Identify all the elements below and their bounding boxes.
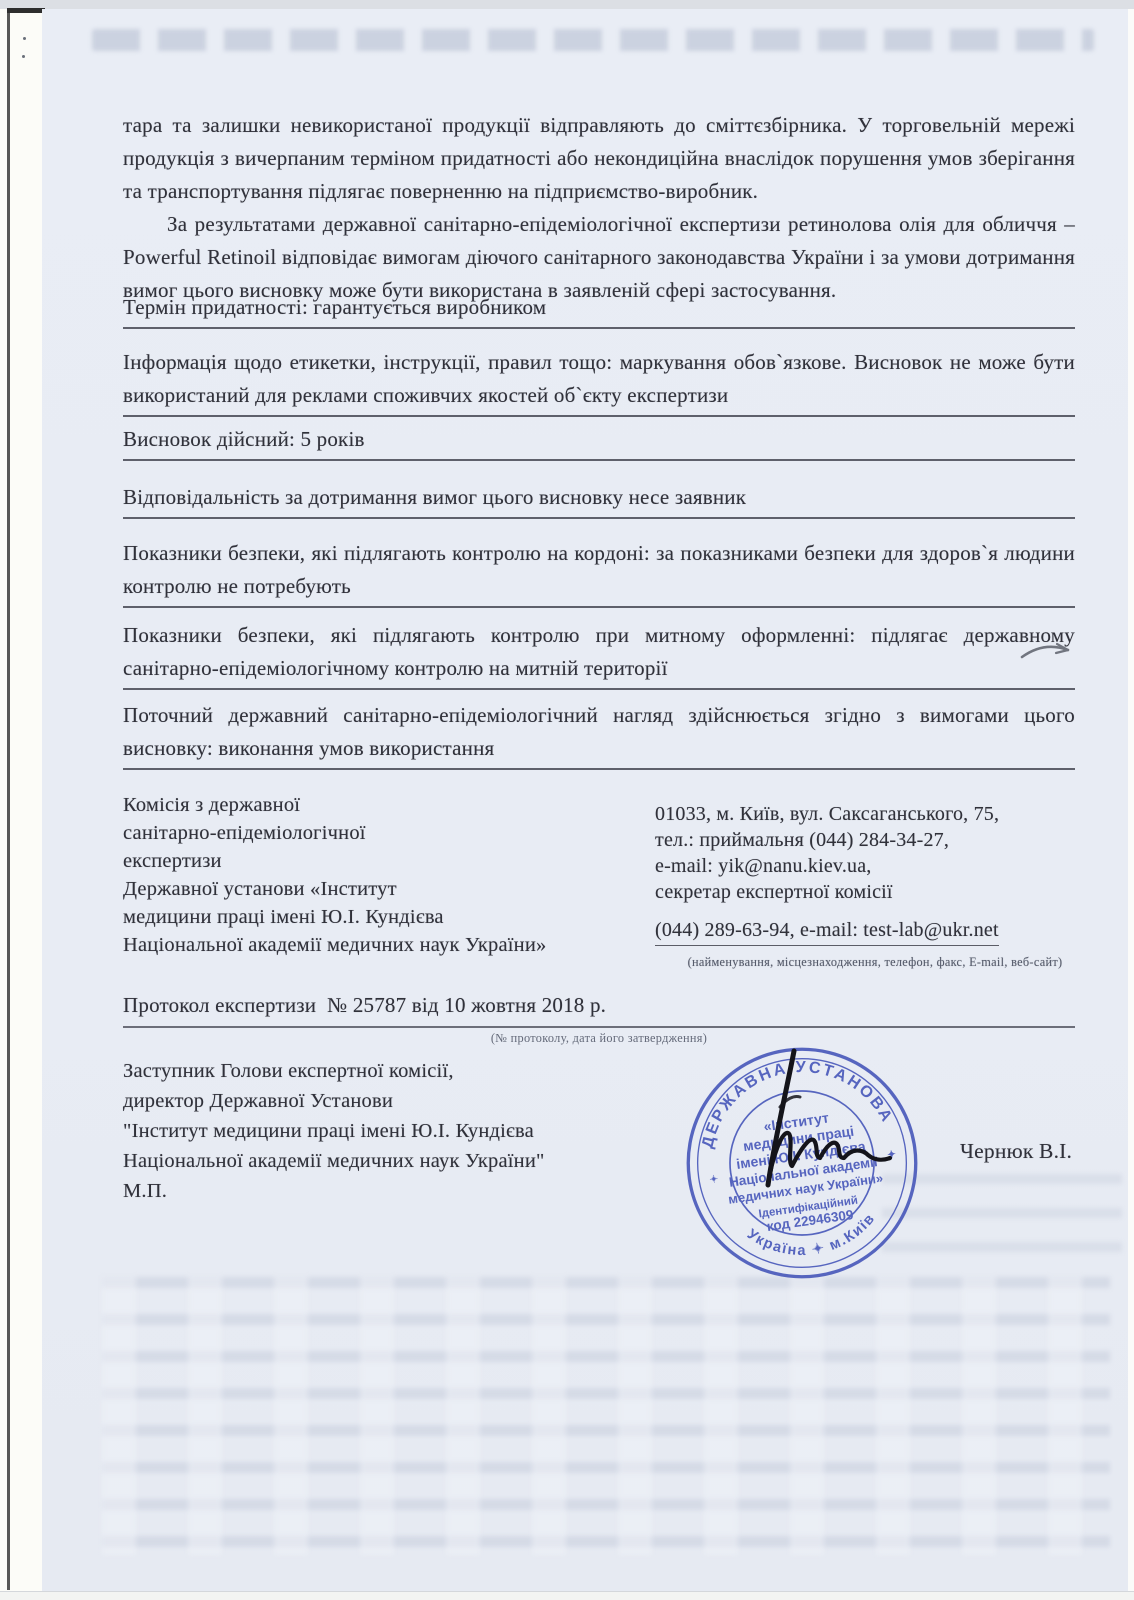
commission-line: санітарно-епідеміологічної (123, 819, 653, 847)
document-page: тара та залишки невикористаної продукції… (42, 9, 1128, 1591)
approver-name: Чернюк В.І. (960, 1139, 1072, 1164)
commission-phone: тел.: приймальня (044) 284-34-27, (655, 827, 1075, 853)
commission-line: медицини праці імені Ю.І. Кундієва (123, 903, 653, 931)
field-responsibility: Відповідальність за дотримання вимог цьо… (123, 481, 1075, 519)
signatory-line: директор Державної Установи (123, 1086, 663, 1116)
commission-email: e-mail: yik@nanu.kiev.ua, (655, 853, 1075, 879)
protocol-line: Протокол експертизи № 25787 від 10 жовтн… (123, 989, 1075, 1028)
paragraph-disposal: тара та залишки невикористаної продукції… (123, 109, 1075, 208)
signatory-line: Національної академії медичних наук Укра… (123, 1146, 663, 1176)
stamp-side-mark-left: ✦ (709, 1174, 719, 1186)
corner-mark (7, 8, 45, 13)
signatory-line: "Інститут медицини праці імені Ю.І. Кунд… (123, 1116, 663, 1146)
commission-line: Комісія з державної (123, 791, 653, 819)
body-paragraphs: тара та залишки невикористаної продукції… (123, 109, 1075, 307)
contact-caption: (найменування, місцезнаходження, телефон… (655, 949, 1095, 975)
field-border-control: Показники безпеки, які підлягають контро… (123, 537, 1075, 608)
field-labeling-info: Інформація щодо етикетки, інструкції, пр… (123, 346, 1075, 417)
commission-line: експертизи (123, 847, 653, 875)
pen-arrow-mark (1018, 635, 1078, 665)
page-edge-line (7, 10, 10, 1590)
handwritten-signature (728, 1047, 904, 1217)
signatory-line: Заступник Голови експертної комісії, (123, 1056, 663, 1086)
commission-name: Комісія з державної санітарно-епідеміоло… (123, 791, 653, 959)
lab-contact-line: (044) 289-63-94, e-mail: test-lab@ukr.ne… (655, 917, 999, 946)
field-validity: Висновок дійсний: 5 років (123, 423, 1075, 461)
dust-speck (22, 55, 25, 58)
protocol-caption: (№ протоколу, дата його затвердження) (123, 1031, 1075, 1046)
bleedthrough-text-bottom (102, 1277, 1110, 1555)
bleedthrough-text-top (92, 29, 1094, 51)
field-customs-control: Показники безпеки, які підлягають контро… (123, 619, 1075, 690)
scanner-top-band (0, 0, 1134, 9)
field-shelf-life: Термін придатності: гарантується виробни… (123, 291, 1075, 329)
field-current-supervision: Поточний державний санітарно-епідеміолог… (123, 699, 1075, 770)
commission-address: 01033, м. Київ, вул. Саксаганського, 75, (655, 801, 1075, 827)
signatory-block: Заступник Голови експертної комісії, дир… (123, 1056, 663, 1206)
commission-contacts: 01033, м. Київ, вул. Саксаганського, 75,… (655, 801, 1075, 975)
dust-speck (23, 37, 26, 40)
seal-placeholder-label: М.П. (123, 1176, 663, 1206)
commission-line: Державної установи «Інститут (123, 875, 653, 903)
commission-secretary: секретар експертної комісії (655, 879, 1075, 905)
scanner-bottom-band (0, 1591, 1134, 1600)
commission-line: Національної академії медичних наук Укра… (123, 931, 653, 959)
